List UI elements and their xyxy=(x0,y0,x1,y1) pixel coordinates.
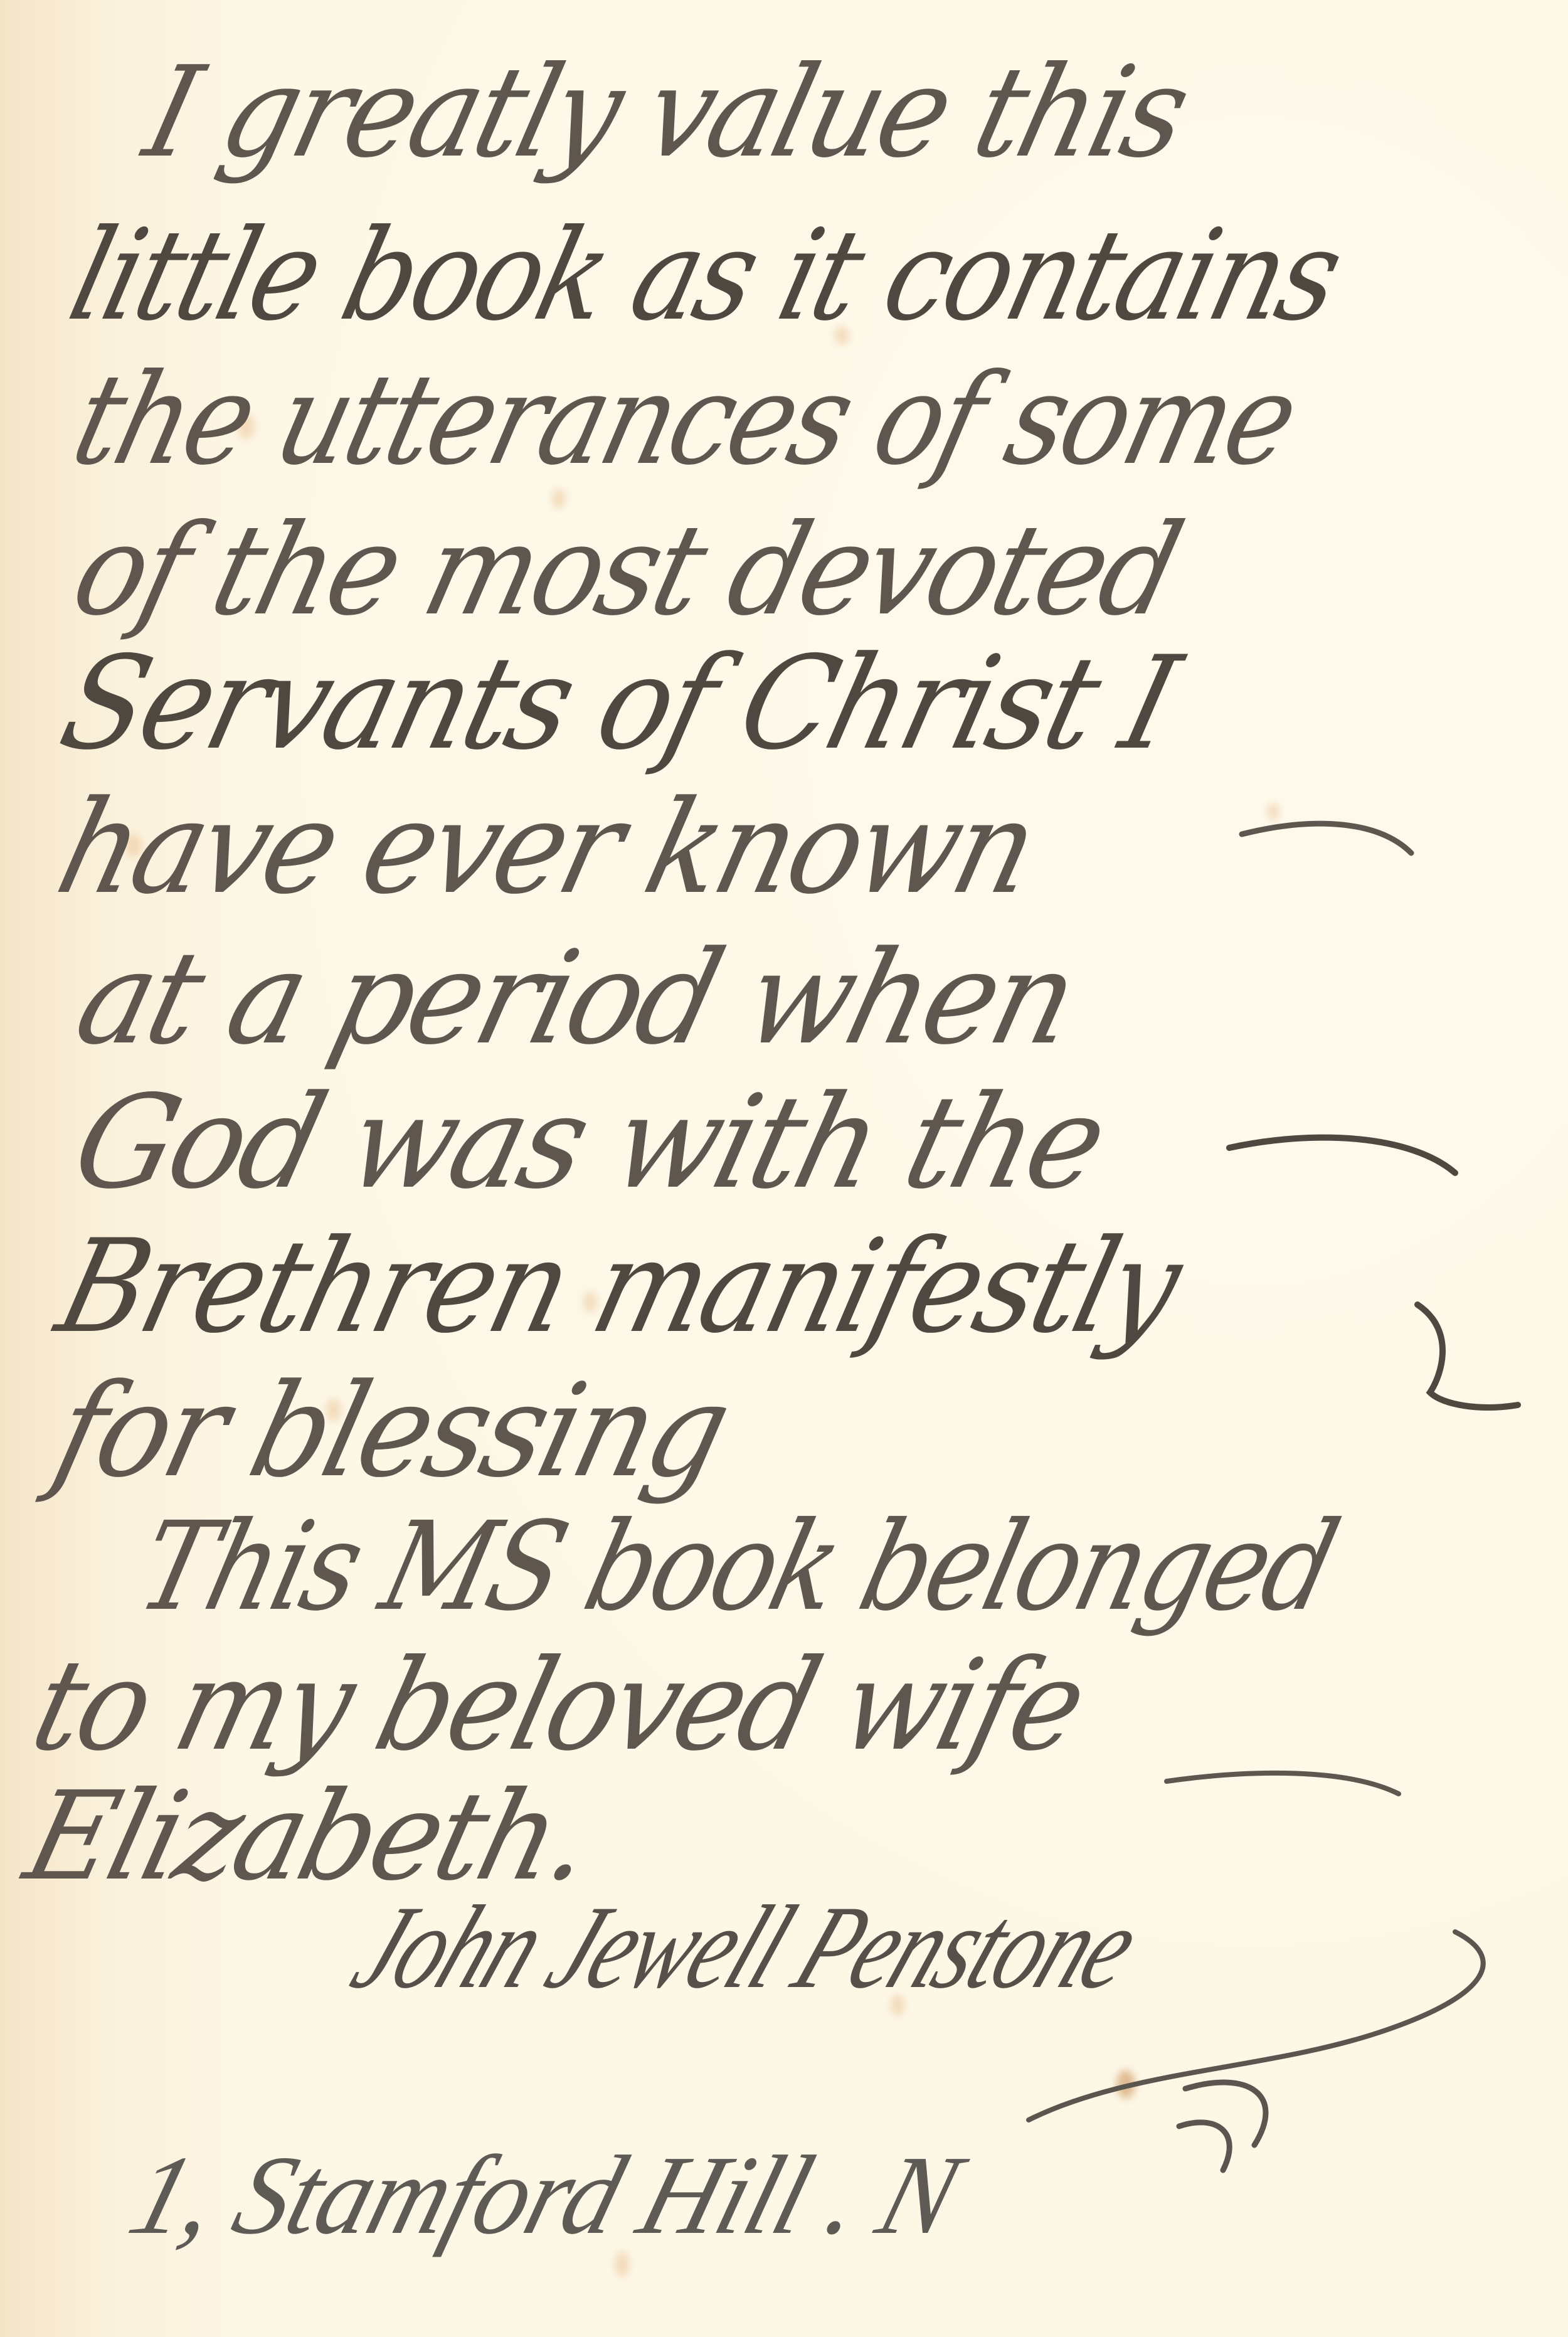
inscription-line-13: Elizabeth. xyxy=(16,1775,601,1897)
signature: John Jewell Penstone xyxy=(339,1888,1153,2007)
inscription-line-6: have ever known xyxy=(47,784,1046,913)
inscription-line-9: Brethren manifestly xyxy=(47,1223,1190,1352)
inscription-line-7: at a period when xyxy=(66,935,1086,1063)
address: 1, Stamford Hill . N xyxy=(119,2139,970,2252)
manuscript-page: I greatly value this little book as it c… xyxy=(0,0,1568,2337)
inscription-line-12: to my beloved wife xyxy=(22,1643,1094,1769)
inscription-line-8: God was with the xyxy=(63,1079,1115,1207)
inscription-line-3: the utterances of some xyxy=(63,358,1306,483)
inscription-line-2: little book as it contains xyxy=(60,213,1350,339)
inscription-line-5: Servants of Christ I xyxy=(50,640,1186,768)
inscription-line-4: of the most devoted xyxy=(63,508,1189,633)
inscription-line-11: This MS book belonged xyxy=(129,1505,1345,1628)
inscription-line-1: I greatly value this xyxy=(135,50,1197,176)
inscription-line-10: for blessing xyxy=(44,1367,738,1496)
foxing-spot xyxy=(1116,2070,1135,2099)
foxing-spot xyxy=(1267,803,1279,820)
